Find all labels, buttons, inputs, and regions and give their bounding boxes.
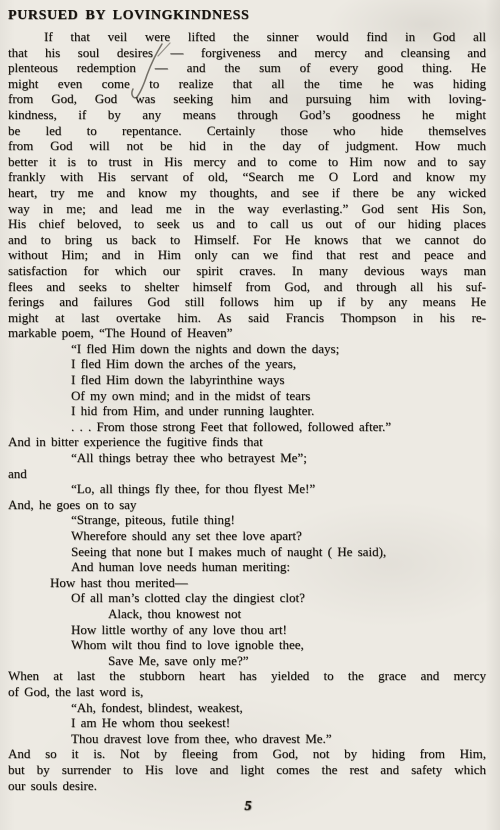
text-line: without Him; and in Him only can we find… (8, 247, 486, 263)
text-line: Seeing that none but I makes much of nau… (8, 544, 486, 560)
text-line: When at last the stubborn heart has yiel… (8, 668, 486, 684)
text-line: I fled Him down the arches of the years, (8, 356, 486, 372)
text-line: from God, God was seeking him and pursui… (8, 91, 486, 107)
scanned-book-page: { "page": { "heading": "PURSUED BY LOVIN… (0, 0, 500, 830)
page-title: PURSUED BY LOVINGKINDNESS (8, 7, 486, 25)
text-line: And in bitter experience the fugitive fi… (8, 434, 486, 450)
text-line: If that veil were lifted the sinner woul… (8, 29, 486, 45)
text-line: that his soul desires — forgiveness and … (8, 45, 486, 61)
text-line: Thou dravest love from thee, who dravest… (8, 731, 486, 747)
text-line: kindness, if by any means through God’s … (8, 107, 486, 123)
text-line: might even come to realize that all the … (8, 76, 486, 92)
text-line: and (8, 466, 486, 482)
text-line: How little worthy of any love thou art! (8, 622, 486, 638)
text-line: I fled Him down the labyrinthine ways (8, 372, 486, 388)
text-line: How hast thou merited— (8, 575, 486, 591)
text-line: of God, the last word is, (8, 684, 486, 700)
text-line: . . . From those strong Feet that follow… (8, 419, 486, 435)
body-text: If that veil were lifted the sinner woul… (8, 29, 486, 793)
text-line: And so it is. Not by fleeing from God, n… (8, 746, 486, 762)
text-line: “All things betray thee who betrayest Me… (8, 450, 486, 466)
text-line: but by surrender to His love and light c… (8, 762, 486, 778)
text-line: “Ah, fondest, blindest, weakest, (8, 700, 486, 716)
text-line: I hid from Him, and under running laught… (8, 403, 486, 419)
text-line: Of my own mind; and in the midst of tear… (8, 388, 486, 404)
text-line: markable poem, “The Hound of Heaven” (8, 325, 486, 341)
text-line: be led to repentance. Certainly those wh… (8, 123, 486, 139)
text-line: Save Me, save only me?” (8, 653, 486, 669)
text-line: I am He whom thou seekest! (8, 715, 486, 731)
text-line: And human love needs human meriting: (8, 559, 486, 575)
text-line: “Strange, piteous, futile thing! (8, 512, 486, 528)
text-line: our souls desire. (8, 778, 486, 794)
text-line: from God will not be hid in the day of j… (8, 138, 486, 154)
text-line: Of all man’s clotted clay the dingiest c… (8, 590, 486, 606)
text-line: and to bring us back to Himself. For He … (8, 232, 486, 248)
text-line: Alack, thou knowest not (8, 606, 486, 622)
text-line: frankly with His servant of old, “Search… (8, 169, 486, 185)
text-line: heart, try me and know my thoughts, and … (8, 185, 486, 201)
text-line: ferings and failures God still follows h… (8, 294, 486, 310)
text-line: Wherefore should any set thee love apart… (8, 528, 486, 544)
text-line: might at last overtake him. As said Fran… (8, 310, 486, 326)
text-line: “I fled Him down the nights and down the… (8, 341, 486, 357)
page: PURSUED BY LOVINGKINDNESS If that veil w… (0, 0, 500, 793)
page-number: 5 (236, 799, 260, 815)
text-line: Whom wilt thou find to love ignoble thee… (8, 637, 486, 653)
text-line: plenteous redemption — and the sum of ev… (8, 60, 486, 76)
text-line: And, he goes on to say (8, 497, 486, 513)
text-line: flees and seeks to shelter himself from … (8, 279, 486, 295)
text-line: way in me; and lead me in the way everla… (8, 201, 486, 217)
text-line: His chief beloved, to seek us and to cal… (8, 216, 486, 232)
text-line: “Lo, all things fly thee, for thou flyes… (8, 481, 486, 497)
text-line: better it is to trust in His mercy and t… (8, 154, 486, 170)
text-line: satisfaction for which our spirit craves… (8, 263, 486, 279)
